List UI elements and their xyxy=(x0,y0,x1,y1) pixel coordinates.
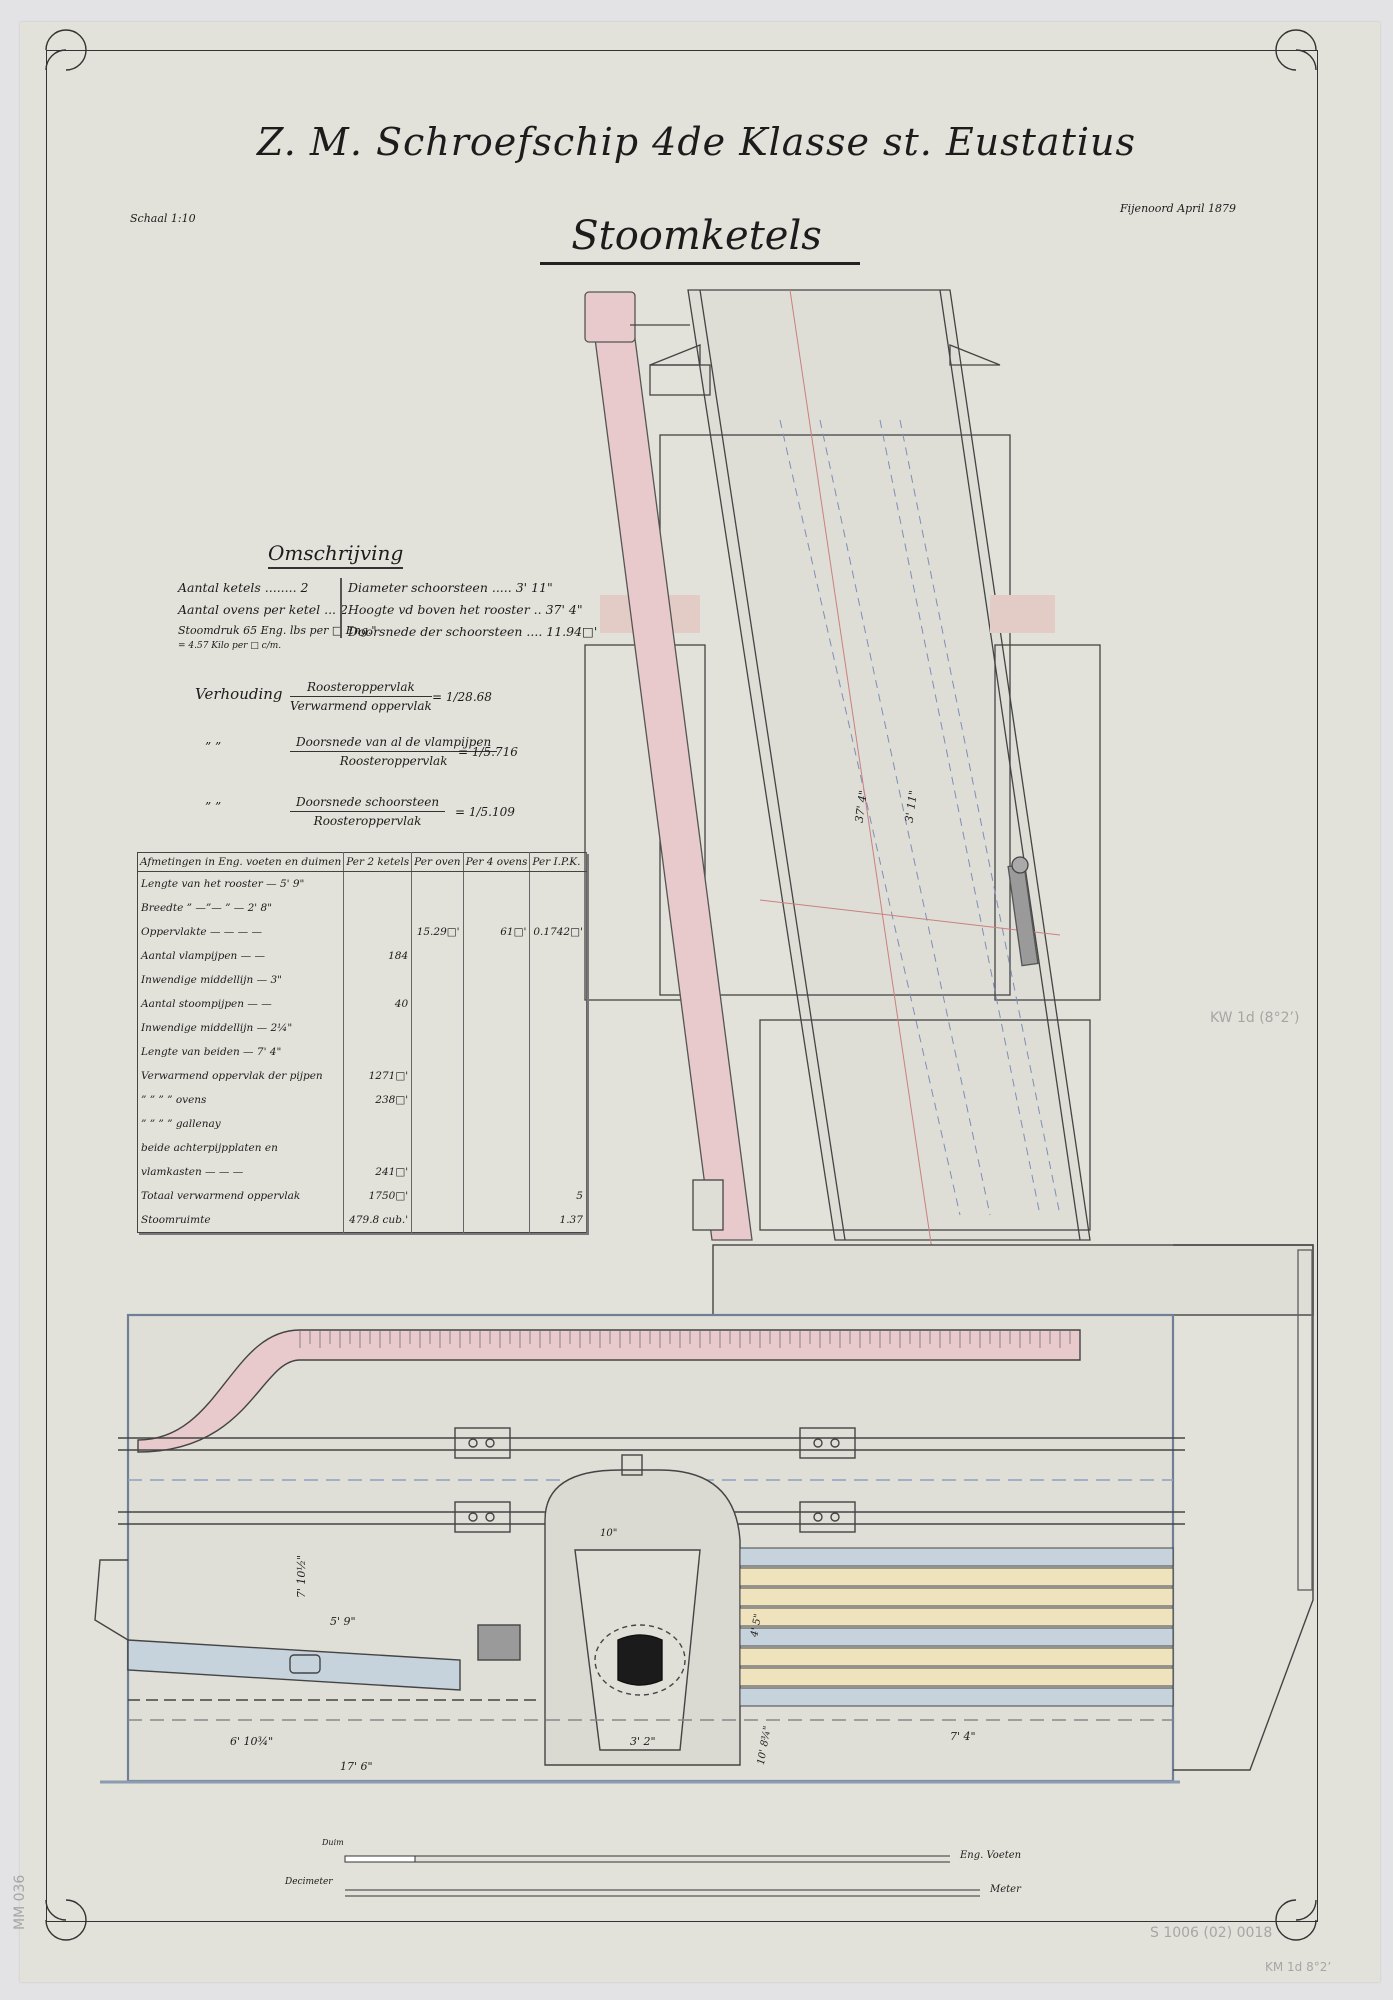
col-header-per-4-furnaces: Per 4 ovens xyxy=(463,853,530,872)
desc-item-pressure-metric: = 4.57 Kilo per □ c/m. xyxy=(178,641,281,651)
subtitle-underline xyxy=(540,262,860,265)
ratio-3-ditto: ” ” xyxy=(205,800,221,814)
col-header-per-2-boilers: Per 2 ketels xyxy=(344,853,412,872)
boiler-section-view xyxy=(95,1245,1313,1782)
table-row-steam-space: Stoomruimte479.8 cub.'1.37 xyxy=(138,1208,587,1233)
description-divider xyxy=(340,578,342,638)
ratio-label: Verhouding xyxy=(195,685,283,703)
table-header-row: Afmetingen in Eng. voeten en duimen Per … xyxy=(138,853,587,872)
table-row: beide achterpijpplaten en xyxy=(138,1136,587,1160)
desc-item-furnaces: Aantal ovens per ketel ... 2 xyxy=(178,602,348,617)
dim-label: 10" xyxy=(600,1528,617,1539)
desc-item-chimney-section: Doorsnede der schoorsteen .... 11.94□' xyxy=(348,624,597,639)
ratio-1-value: = 1/28.68 xyxy=(432,690,492,704)
dimensions-table: Afmetingen in Eng. voeten en duimen Per … xyxy=(137,852,587,1233)
dim-label: 3' 2" xyxy=(630,1735,656,1748)
col-header-dimensions: Afmetingen in Eng. voeten en duimen xyxy=(138,853,344,872)
table-row: ” ” ” ” ovens238□' xyxy=(138,1088,587,1112)
scale-inch-label: Duim xyxy=(322,1838,344,1847)
ratio-3-value: = 1/5.109 xyxy=(455,805,515,819)
scale-note: Schaal 1:10 xyxy=(130,212,196,225)
col-header-per-ihp: Per I.P.K. xyxy=(530,853,587,872)
left-vertical-mark: MM 036 xyxy=(12,1875,28,1930)
pencil-mark-right: KW 1d (8°2’) xyxy=(1210,1010,1299,1026)
dim-label: 7' 4" xyxy=(950,1730,976,1743)
description-heading: Omschrijving xyxy=(268,541,403,569)
dim-label: 5' 9" xyxy=(330,1615,356,1628)
dim-label: 6' 10¾" xyxy=(230,1735,273,1748)
table-row: Lengte van het rooster — 5' 9" xyxy=(138,872,587,897)
table-row: Lengte van beiden — 7' 4" xyxy=(138,1040,587,1064)
desc-item-boilers: Aantal ketels ........ 2 xyxy=(178,580,308,595)
scale-bar xyxy=(345,1856,980,1896)
scale-feet-label: Eng. Voeten xyxy=(960,1850,1021,1861)
desc-item-chimney-height: Hoogte vd boven het rooster .. 37' 4" xyxy=(348,602,583,617)
place-date: Fijenoord April 1879 xyxy=(1120,202,1236,215)
dim-label: 7' 10½" xyxy=(295,1555,308,1598)
dim-label: 17' 6" xyxy=(340,1760,373,1773)
table-row: Verwarmend oppervlak der pijpen1271□' xyxy=(138,1064,587,1088)
ratio-3: Doorsnede schoorsteenRoosteroppervlak xyxy=(290,795,445,828)
table-row: Aantal stoompijpen — —40 xyxy=(138,992,587,1016)
desc-item-chimney-diameter: Diameter schoorsteen ..... 3' 11" xyxy=(348,580,553,595)
ratio-2-value: = 1/5.716 xyxy=(458,745,518,759)
ratio-1: RoosteroppervlakVerwarmend oppervlak xyxy=(290,680,432,713)
catalog-number: S 1006 (02) 0018 xyxy=(1150,1925,1272,1941)
drawing-title: Z. M. Schroefschip 4de Klasse st. Eustat… xyxy=(0,120,1393,164)
table-row: Aantal vlampijpen — —184 xyxy=(138,944,587,968)
table-row: Breedte ” —”— ” — 2' 8" xyxy=(138,896,587,920)
table-row-total: Totaal verwarmend oppervlak1750□'5 xyxy=(138,1184,587,1208)
col-header-per-furnace: Per oven xyxy=(412,853,463,872)
chimney-section-view xyxy=(585,290,1100,1270)
drawing-subtitle: Stoomketels xyxy=(0,213,1393,259)
desc-item-pressure: Stoomdruk 65 Eng. lbs per □ Eng." xyxy=(178,624,376,637)
table-row: Oppervlakte — — — —15.29□'61□'0.1742□' xyxy=(138,920,587,944)
table-row: Inwendige middellijn — 3" xyxy=(138,968,587,992)
table-row: ” ” ” ” gallenay xyxy=(138,1112,587,1136)
ratio-2-ditto: ” ” xyxy=(205,740,221,754)
table-row: Inwendige middellijn — 2¼" xyxy=(138,1016,587,1040)
scale-meter-label: Meter xyxy=(990,1884,1021,1895)
bottom-right-mark: KM 1d 8°2’ xyxy=(1265,1960,1331,1974)
scale-dm-label: Decimeter xyxy=(285,1877,333,1887)
table-row: vlamkasten — — —241□' xyxy=(138,1160,587,1184)
